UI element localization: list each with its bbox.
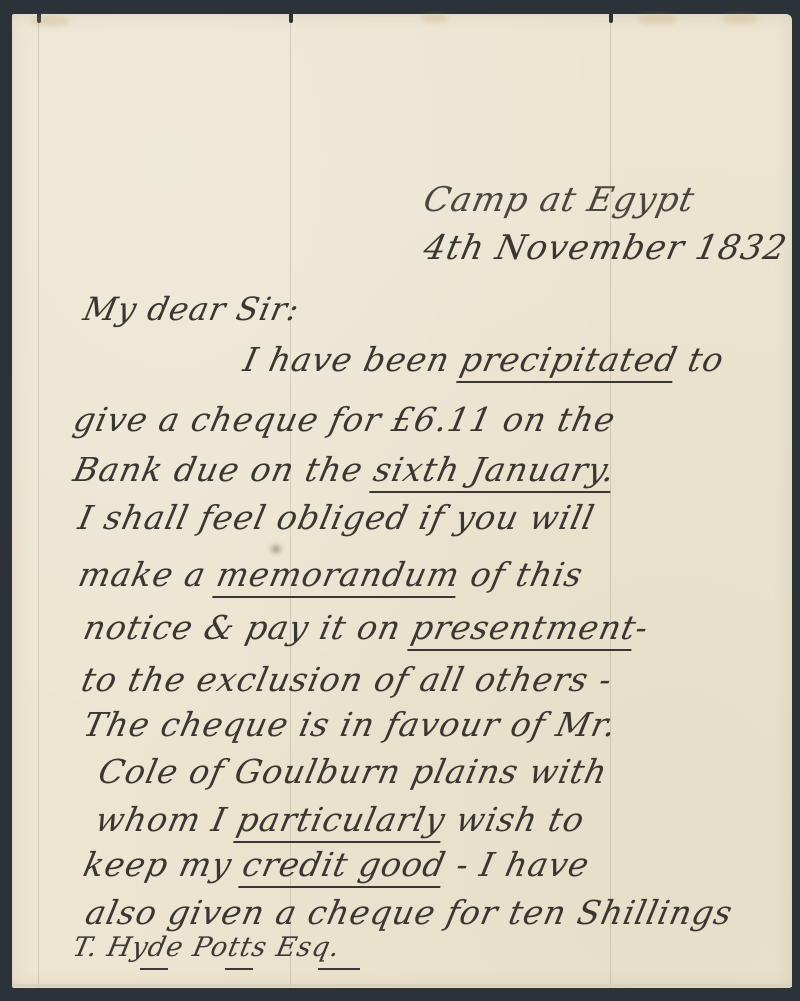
letter-content: Camp at Egypt 4th November 1832 My dear … [0, 0, 800, 1001]
text: Cole of Goulburn plains with [95, 752, 611, 791]
body-line-2: give a cheque for £6.11 on the [70, 400, 619, 439]
underlined-text: memorandum [212, 555, 463, 598]
body-line-9: Cole of Goulburn plains with [95, 752, 611, 791]
text: notice & pay it on [80, 608, 416, 647]
text: to [673, 340, 728, 379]
signature-underline [318, 968, 360, 970]
underlined-text: precipitated [456, 340, 681, 383]
letter-signature: T. Hyde Potts Esq. [70, 932, 343, 963]
body-line-12: also given a cheque for ten Shillings [82, 893, 737, 932]
letter-salutation: My dear Sir: [80, 290, 303, 328]
letter-place: Camp at Egypt [420, 180, 699, 220]
body-line-10: whom I particularly wish to [92, 800, 588, 839]
signature-underline [225, 968, 253, 970]
body-line-8: The cheque is in favour of Mr. [80, 705, 620, 744]
body-line-4: I shall feel obliged if you will [75, 498, 598, 537]
text: of this [456, 555, 587, 594]
text: also given a cheque for ten Shillings [82, 893, 737, 932]
text: give a cheque for £6.11 on the [70, 400, 619, 439]
text: whom I [92, 800, 242, 839]
text: - I have [441, 845, 593, 884]
text: to the exclusion of all others - [78, 660, 616, 699]
text: I have been [240, 340, 465, 379]
body-line-11: keep my credit good - I have [80, 845, 593, 884]
underlined-text: particularly [233, 800, 449, 843]
underlined-text: sixth January. [369, 450, 619, 493]
body-line-3: Bank due on the sixth January. [70, 450, 619, 489]
underlined-text: presentment [407, 608, 640, 651]
text: Bank due on the [70, 450, 379, 489]
body-line-7: to the exclusion of all others - [78, 660, 616, 699]
text: keep my [80, 845, 247, 884]
text: The cheque is in favour of Mr. [80, 705, 620, 744]
text: I shall feel obliged if you will [75, 498, 598, 537]
body-line-1: I have been precipitated to [240, 340, 728, 379]
signature-underline [140, 968, 168, 970]
text: wish to [441, 800, 588, 839]
letter-date: 4th November 1832 [420, 228, 791, 268]
body-line-5: make a memorandum of this [75, 555, 587, 594]
underlined-text: credit good [238, 845, 449, 888]
text: make a [75, 555, 221, 594]
body-line-6: notice & pay it on presentment- [80, 608, 652, 647]
